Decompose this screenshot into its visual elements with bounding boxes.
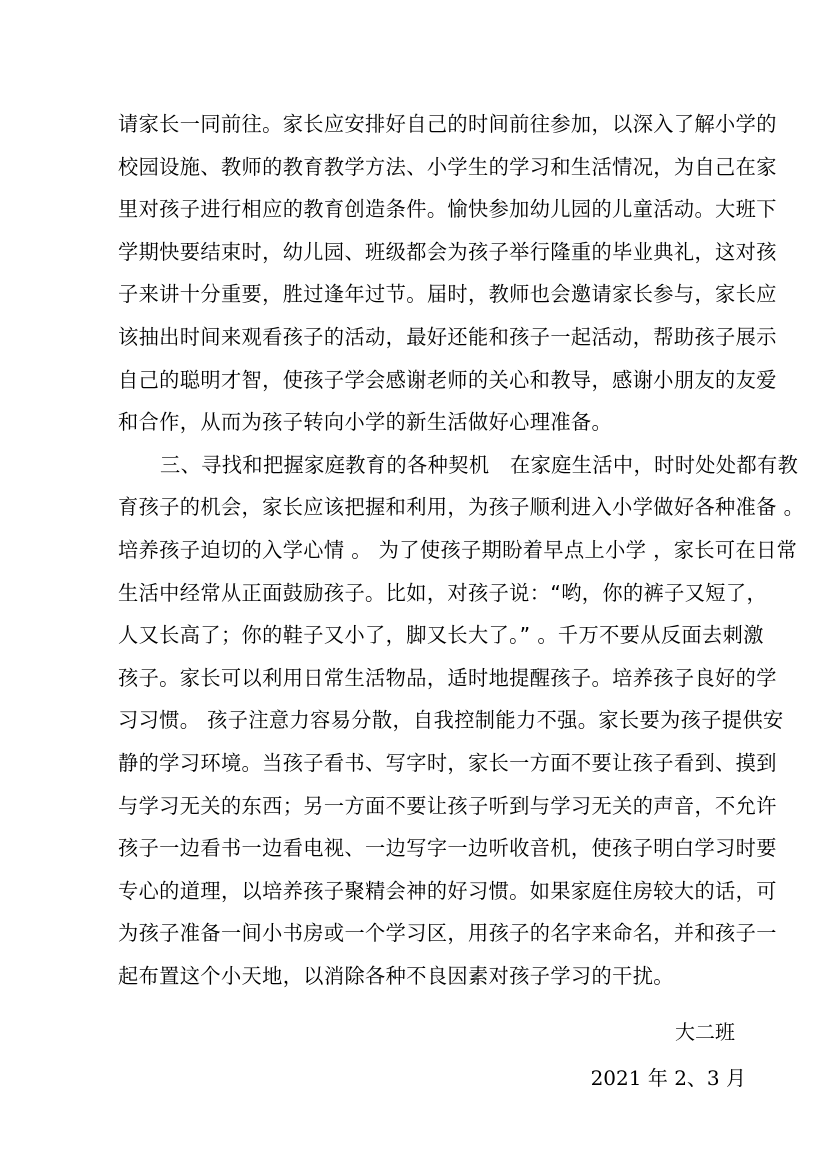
body-text: 请家长一同前往。家长应安排好自己的时间前往参加，以深入了解小学的 校园设施、教师…	[118, 103, 750, 997]
text-line: 子来讲十分重要，胜过逢年过节。届时，教师也会邀请家长参与，家长应	[118, 273, 750, 316]
text-line: 校园设施、教师的教育教学方法、小学生的学习和生活情况，为自己在家	[118, 146, 750, 189]
text-line: 与学习无关的东西；另一方面不要让孩子听到与学习无关的声音，不允许	[118, 785, 750, 828]
text-line: 人又长高了；你的鞋子又小了，脚又长大了。” 。千万不要从反面去刺激	[118, 614, 750, 657]
text-line: 孩子。家长可以利用日常生活物品，适时地提醒孩子。培养孩子良好的学	[118, 657, 750, 700]
text-line: 里对孩子进行相应的教育创造条件。愉快参加幼儿园的儿童活动。大班下	[118, 188, 750, 231]
text-line: 生活中经常从正面鼓励孩子。比如，对孩子说：“哟，你的裤子又短了，	[118, 572, 750, 615]
text-line: 为孩子准备一间小书房或一个学习区，用孩子的名字来命名，并和孩子一	[118, 912, 750, 955]
text-line: 请家长一同前往。家长应安排好自己的时间前往参加，以深入了解小学的	[118, 103, 750, 146]
text-line: 学期快要结束时，幼儿园、班级都会为孩子举行隆重的毕业典礼，这对孩	[118, 231, 750, 274]
text-line: 育孩子的机会，家长应该把握和利用，为孩子顺利进入小学做好各种准备 。	[118, 486, 750, 529]
signature-class-name: 大二班	[675, 1016, 735, 1045]
text-line: 专心的道理，以培养孩子聚精会神的好习惯。如果家庭住房较大的话，可	[118, 870, 750, 913]
text-line: 静的学习环境。当孩子看书、写字时，家长一方面不要让孩子看到、摸到	[118, 742, 750, 785]
text-line: 该抽出时间来观看孩子的活动，最好还能和孩子一起活动，帮助孩子展示	[118, 316, 750, 359]
text-line: 习习惯。 孩子注意力容易分散，自我控制能力不强。家长要为孩子提供安	[118, 699, 750, 742]
text-line: 起布置这个小天地，以消除各种不良因素对孩子学习的干扰。	[118, 955, 750, 998]
signature-date: 2021 年 2、3 月	[591, 1062, 746, 1091]
text-line: 培养孩子迫切的入学心情 。 为了使孩子期盼着早点上小学 ，家长可在日常	[118, 529, 750, 572]
text-line: 孩子一边看书一边看电视、一边写字一边听收音机，使孩子明白学习时要	[118, 827, 750, 870]
section-heading-line: 三、寻找和把握家庭教育的各种契机 在家庭生活中，时时处处都有教	[118, 444, 750, 487]
document-page: 请家长一同前往。家长应安排好自己的时间前往参加，以深入了解小学的 校园设施、教师…	[0, 0, 827, 1170]
text-line: 和合作，从而为孩子转向小学的新生活做好心理准备。	[118, 401, 750, 444]
text-line: 自己的聪明才智，使孩子学会感谢老师的关心和教导，感谢小朋友的友爱	[118, 359, 750, 402]
